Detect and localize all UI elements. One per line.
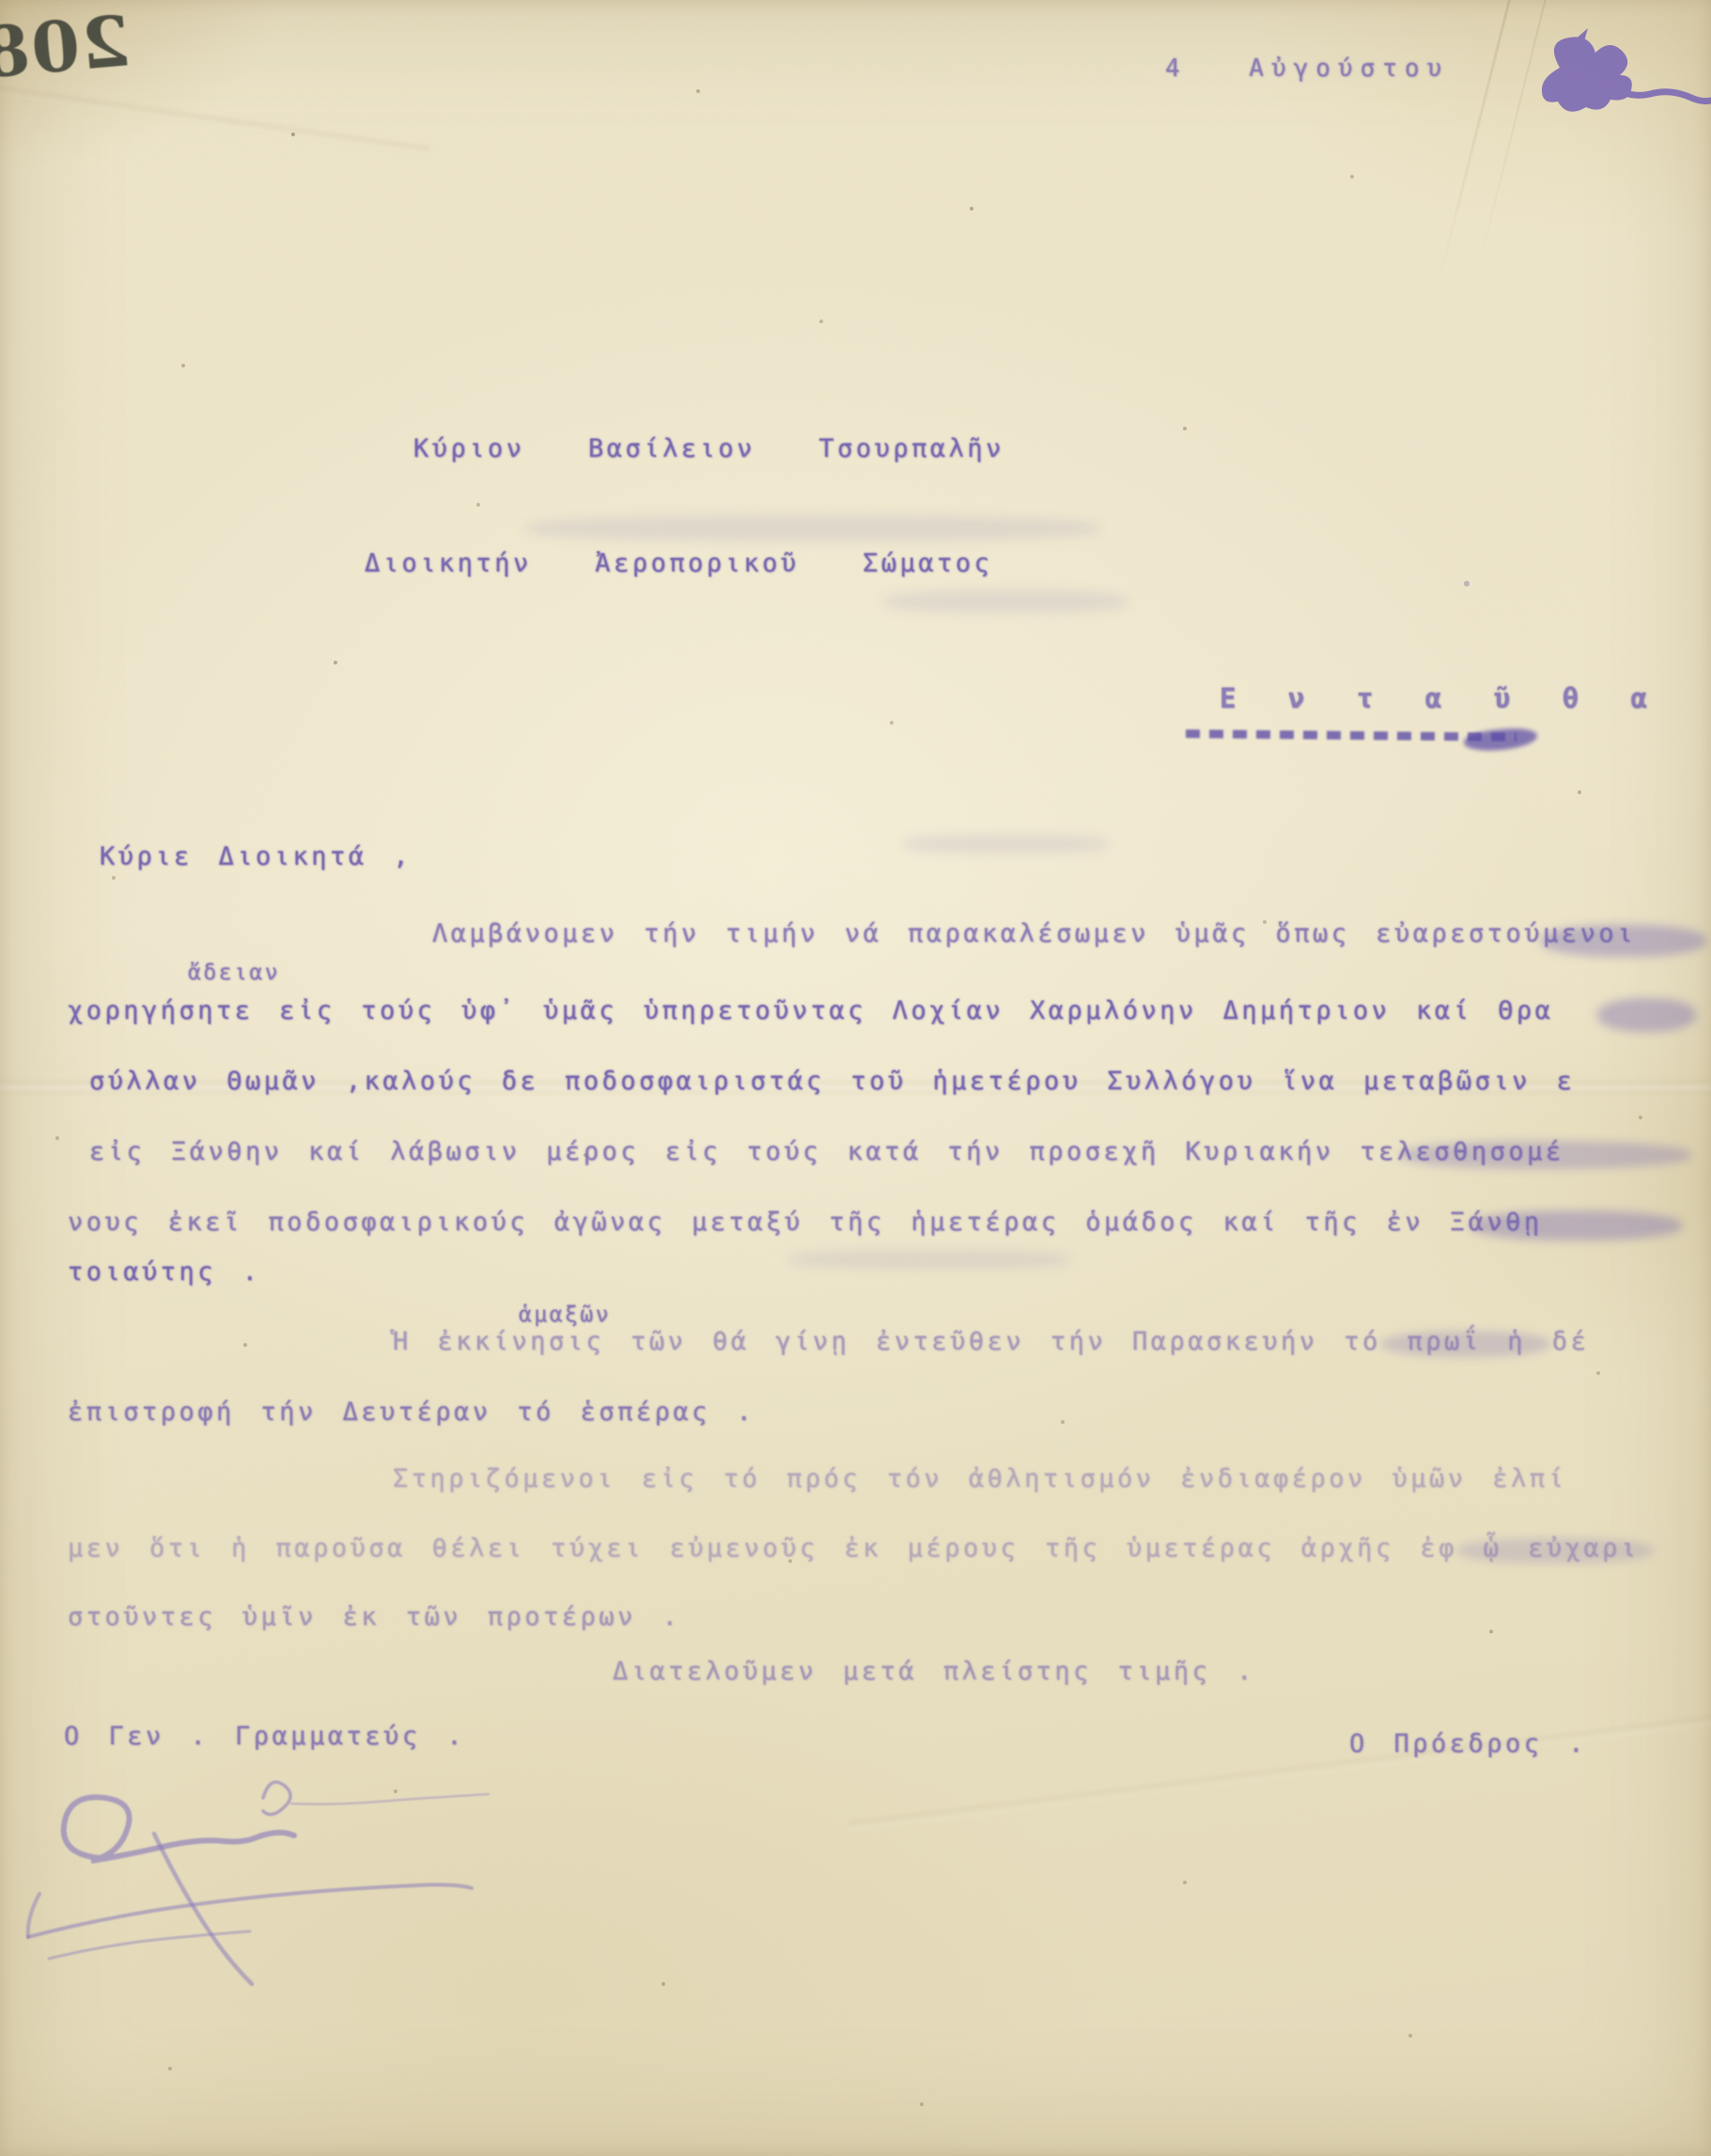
- president-title: Ο Πρόεδρος .: [1349, 1729, 1587, 1758]
- bleedthrough-mark: [789, 1250, 1071, 1269]
- ink-overstrike: [1400, 1141, 1691, 1169]
- body-line: στοῦντες ὑμῖν ἐκ τῶν προτέρων .: [68, 1602, 680, 1632]
- body-line: Λαμβάνομεν τήν τιμήν νά παρακαλέσωμεν ὑμ…: [432, 919, 1636, 948]
- page-number-stamp: 208: [0, 1, 133, 95]
- closing-line: Διατελοῦμεν μετά πλείστης τιμῆς .: [613, 1657, 1255, 1686]
- salutation-line: Κύριε Διοικητά ,: [100, 842, 412, 871]
- bleedthrough-mark: [902, 835, 1109, 853]
- body-line: τοιαύτης .: [68, 1258, 261, 1287]
- interlinear-correction: ἁμαξῶν: [519, 1303, 611, 1327]
- body-line: ἐπιστροφή τήν Δευτέραν τό ἑσπέρας .: [68, 1398, 754, 1427]
- body-line: σύλλαν Θωμᾶν ,καλούς δε ποδοσφαιριστάς τ…: [89, 1067, 1575, 1096]
- recipient-name-line: Κύριον Βασίλειον Τσουρπαλῆν: [413, 434, 1004, 463]
- paper-specks: [0, 0, 2, 2]
- ink-overstrike: [1597, 998, 1696, 1032]
- body-line: νους ἐκεῖ ποδοσφαιρικούς ἀγῶνας μεταξύ τ…: [68, 1208, 1543, 1237]
- location-underline-blot: [1463, 726, 1537, 752]
- body-line: Ἡ ἐκκίνησις τῶν θά γίνῃ ἐντεῦθεν τήν Παρ…: [393, 1327, 1589, 1356]
- ink-blot-icon: [1511, 26, 1711, 139]
- date-line: 4 Αὐγούστου: [1165, 55, 1449, 83]
- bleedthrough-mark: [526, 515, 1099, 541]
- ink-overstrike: [1541, 925, 1706, 957]
- interlinear-correction: ἄδειαν: [188, 961, 280, 985]
- letter-page: 208 4 Αὐγούστου Κύριον Βασίλειον Τσουρπα…: [0, 0, 1711, 2156]
- crease-line: [1437, 0, 1517, 287]
- recipient-title-line: Διοικητήν Ἀεροπορικοῦ Σώματος: [365, 549, 992, 578]
- body-line: Στηριζόμενοι εἰς τό πρός τόν ἀθλητισμόν …: [393, 1464, 1566, 1493]
- handwritten-signature: [11, 1743, 537, 1997]
- bleedthrough-mark: [883, 590, 1128, 613]
- crease-line: [0, 79, 430, 154]
- ink-overstrike: [1470, 1211, 1682, 1241]
- body-line: μεν ὅτι ἡ παροῦσα θέλει τύχει εὐμενοῦς ἐ…: [68, 1534, 1640, 1563]
- body-line: χορηγήσητε εἰς τούς ὑφ᾽ ὑμᾶς ὑπηρετοῦντα…: [68, 996, 1553, 1025]
- body-line: εἰς Ξάνθην καί λάβωσιν μέρος εἰς τούς κα…: [89, 1137, 1564, 1166]
- location-line: Ε ν τ α ῦ θ α: [1220, 682, 1661, 714]
